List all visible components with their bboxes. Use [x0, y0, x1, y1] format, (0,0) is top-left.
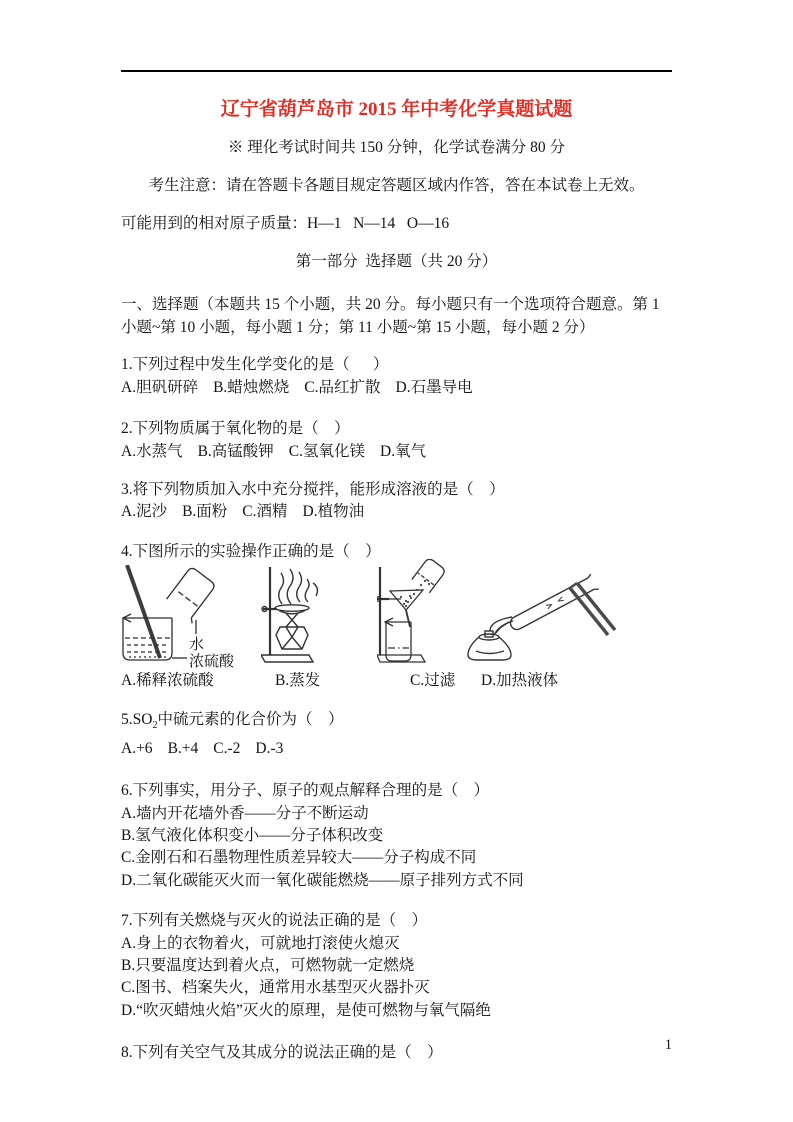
option-item: B.蜡烛燃烧	[213, 377, 289, 399]
option-item: A.身上的衣物着火，可就地打滚使火熄灭	[121, 933, 672, 955]
question-6-options: A.墙内开花墙外香——分子不断运动 B.氢气液化体积变小——分子体积改变 C.金…	[121, 803, 672, 893]
stand-base-icon	[261, 655, 313, 662]
option-item: C.金刚石和石墨物理性质差异较大——分子构成不同	[121, 847, 672, 869]
question-2-options: A.水蒸气 B.高锰酸钾 C.氢氧化镁 D.氧气	[121, 441, 672, 463]
question-2: 2.下列物质属于氧化物的是（ ） A.水蒸气 B.高锰酸钾 C.氢氧化镁 D.氧…	[121, 418, 672, 463]
question-6-stem: 6.下列事实，用分子、原子的观点解释合理的是（ ）	[121, 780, 672, 802]
question-5: 5.SO2中硫元素的化合价为（ ） A.+6 B.+4 C.-2 D.-3	[121, 709, 672, 760]
option-item: A.泥沙	[121, 501, 167, 523]
option-item: A.墙内开花墙外香——分子不断运动	[121, 803, 672, 825]
candidate-note: 考生注意：请在答题卡各题目规定答题区域内作答，答在本试卷上无效。	[121, 175, 672, 197]
question-3-options: A.泥沙 B.面粉 C.酒精 D.植物油	[121, 501, 672, 523]
option-item: C.图书、档案失火，通常用水基型灭火器扑灭	[121, 977, 672, 999]
stem-text: 中硫元素的化合价为（ ）	[157, 711, 343, 728]
question-7-stem: 7.下列有关燃烧与灭火的说法正确的是（ ）	[121, 910, 672, 932]
funnel-icon	[390, 590, 423, 610]
exam-duration-note: ※ 理化考试时间共 150 分钟，化学试卷满分 80 分	[121, 137, 672, 159]
question-1-options: A.胆矾研碎 B.蜡烛燃烧 C.品红扩散 D.石墨导电	[121, 377, 672, 399]
pouring-beaker-icon	[412, 559, 446, 593]
option-item: D.-3	[255, 738, 283, 760]
option-item: D.“吹灭蜡烛火焰”灭火的原理，是使可燃物与氧气隔绝	[121, 1000, 672, 1022]
option-item: A.水蒸气	[121, 441, 183, 463]
option-item: C.酒精	[242, 501, 287, 523]
vapor-icon	[279, 573, 284, 604]
option-item: B.高锰酸钾	[198, 441, 274, 463]
evaporating-dish-icon	[275, 605, 309, 611]
liquid-drops-icon	[400, 580, 430, 607]
option-item: C.氢氧化镁	[289, 441, 365, 463]
option-item: D.氧气	[380, 441, 426, 463]
figure-caption: C.过滤	[410, 670, 455, 692]
figure-caption: A.稀释浓硫酸	[121, 670, 214, 692]
water-label: 水	[189, 636, 204, 653]
option-item: C.-2	[213, 738, 240, 760]
question-intro: 一、选择题（本题共 15 个小题，共 20 分。每小题只有一个选项符合题意。第 …	[121, 294, 672, 339]
question-3: 3.将下列物质加入水中充分搅拌，能形成溶液的是（ ） A.泥沙 B.面粉 C.酒…	[121, 479, 672, 524]
option-item: D.二氧化碳能灭火而一氧化碳能燃烧——原子排列方式不同	[121, 870, 672, 892]
question-7: 7.下列有关燃烧与灭火的说法正确的是（ ） A.身上的衣物着火，可就地打滚使火熄…	[121, 910, 672, 1022]
formula-prefix: 5.SO	[121, 711, 152, 728]
question-8-stem: 8.下列有关空气及其成分的说法正确的是（ ）	[121, 1042, 672, 1064]
glass-rod-icon	[127, 565, 160, 658]
option-item: C.品红扩散	[304, 377, 380, 399]
figure-heating-liquid-illustration	[466, 567, 616, 677]
figure-filtration-illustration	[377, 559, 457, 671]
question-6: 6.下列事实，用分子、原子的观点解释合理的是（ ） A.墙内开花墙外香——分子不…	[121, 780, 672, 892]
question-4-figures: 水 浓硫酸	[121, 565, 672, 695]
question-1-stem: 1.下列过程中发生化学变化的是（ ）	[121, 354, 672, 376]
option-item: B.面粉	[182, 501, 227, 523]
test-tube-holder-icon	[577, 583, 615, 630]
question-2-stem: 2.下列物质属于氧化物的是（ ）	[121, 418, 672, 440]
question-8: 8.下列有关空气及其成分的说法正确的是（ ）	[121, 1042, 672, 1064]
option-item: B.+4	[168, 738, 199, 760]
exam-page: 辽宁省葫芦岛市 2015 年中考化学真题试题 ※ 理化考试时间共 150 分钟，…	[0, 0, 793, 1122]
flame-icon	[490, 617, 512, 631]
figure-dilute-acid-illustration: 水 浓硫酸	[121, 565, 266, 671]
option-item: D.植物油	[303, 501, 365, 523]
question-3-stem: 3.将下列物质加入水中充分搅拌，能形成溶液的是（ ）	[121, 479, 672, 501]
option-item: B.氢气液化体积变小——分子体积改变	[121, 825, 672, 847]
page-title: 辽宁省葫芦岛市 2015 年中考化学真题试题	[121, 98, 672, 122]
question-5-stem: 5.SO2中硫元素的化合价为（ ）	[121, 709, 672, 738]
option-item: D.石墨导电	[396, 377, 473, 399]
figure-caption: D.加热液体	[481, 670, 558, 692]
figure-evaporation-illustration	[261, 567, 323, 671]
atomic-mass-note: 可能用到的相对原子质量：H—1 N—14 O—16	[121, 213, 672, 235]
question-1: 1.下列过程中发生化学变化的是（ ） A.胆矾研碎 B.蜡烛燃烧 C.品红扩散 …	[121, 354, 672, 399]
question-4: 4.下图所示的实验操作正确的是（ ）	[121, 541, 672, 695]
figure-caption: B.蒸发	[275, 670, 320, 692]
top-rule	[121, 70, 672, 72]
option-item: A.+6	[121, 738, 153, 760]
acid-label: 浓硫酸	[189, 653, 235, 670]
pouring-beaker-icon	[164, 567, 219, 624]
page-number: 1	[665, 1035, 672, 1055]
option-item: A.胆矾研碎	[121, 377, 198, 399]
question-7-options: A.身上的衣物着火，可就地打滚使火熄灭 B.只要温度达到着火点，可燃物就一定燃烧…	[121, 933, 672, 1023]
section-title: 第一部分 选择题（共 20 分）	[121, 251, 672, 273]
option-item: B.只要温度达到着火点，可燃物就一定燃烧	[121, 955, 672, 977]
question-5-options: A.+6 B.+4 C.-2 D.-3	[121, 738, 672, 760]
